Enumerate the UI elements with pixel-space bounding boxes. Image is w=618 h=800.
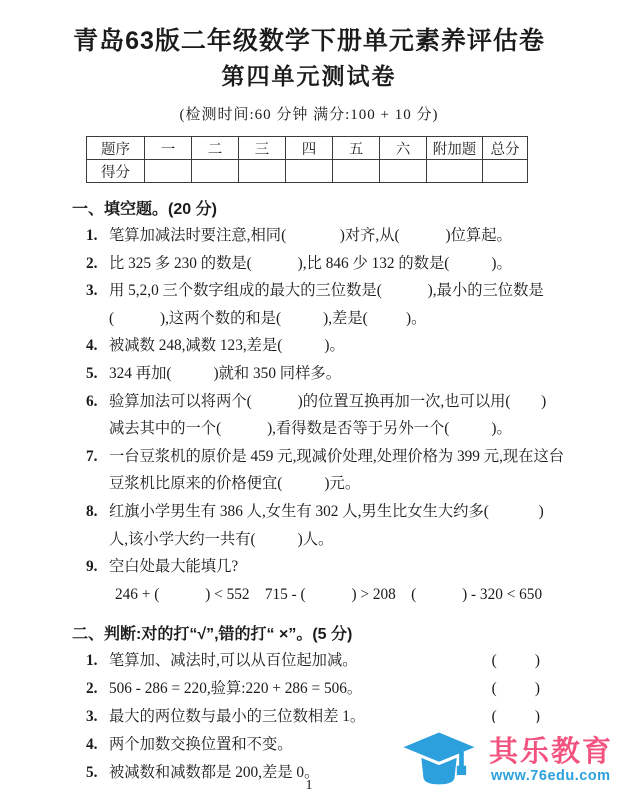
question-text: 比 325 多 230 的数是( ),比 846 少 132 的数是( )。 bbox=[109, 250, 512, 278]
question-number: 2. bbox=[86, 675, 109, 703]
question-line-continuation: 豆浆机比原来的价格便宜( )元。 bbox=[86, 470, 548, 498]
score-empty-cell bbox=[427, 160, 483, 183]
question-number: 4. bbox=[86, 332, 109, 360]
question-number: 9. bbox=[86, 553, 109, 581]
answer-bracket: ( ) bbox=[492, 647, 540, 675]
score-table: 题序 一 二 三 四 五 六 附加题 总分 得分 bbox=[86, 136, 528, 183]
score-empty-cell bbox=[380, 160, 427, 183]
score-header-cell: 题序 bbox=[87, 137, 145, 160]
score-row-label: 得分 bbox=[87, 160, 145, 183]
score-header-cell: 二 bbox=[192, 137, 239, 160]
question-line-continuation: 减去其中的一个( ),看得数是否等于另外一个( )。 bbox=[86, 415, 548, 443]
score-header-cell: 四 bbox=[286, 137, 333, 160]
question-line: 3. 用 5,2,0 三个数字组成的最大的三位数是( ),最小的三位数是 bbox=[86, 277, 548, 305]
question-line: 4. 被减数 248,减数 123,差是( )。 bbox=[86, 332, 548, 360]
question-number: 3. bbox=[86, 277, 109, 305]
question-text: 空白处最大能填几? bbox=[109, 553, 238, 581]
paper-title: 青岛63版二年级数学下册单元素养评估卷 bbox=[0, 26, 618, 56]
section1-heading: 一、填空题。(20 分) bbox=[72, 198, 548, 222]
question-number: 2. bbox=[86, 250, 109, 278]
logo-text: 其乐教育 www.76edu.com bbox=[489, 737, 613, 785]
question-number: 4. bbox=[86, 731, 109, 759]
site-logo: 其乐教育 www.76edu.com bbox=[388, 723, 618, 800]
score-table-header-row: 题序 一 二 三 四 五 六 附加题 总分 bbox=[87, 137, 528, 160]
question-text: 用 5,2,0 三个数字组成的最大的三位数是( ),最小的三位数是 bbox=[109, 277, 544, 305]
paper-header: 青岛63版二年级数学下册单元素养评估卷 第四单元测试卷 (检测时间:60 分钟 … bbox=[0, 26, 618, 124]
exam-info: (检测时间:60 分钟 满分:100 + 10 分) bbox=[0, 106, 618, 124]
section2-heading: 二、判断:对的打“√”,错的打“ ×”。(5 分) bbox=[72, 623, 548, 647]
question-text: ( ),这两个数的和是( ),差是( )。 bbox=[109, 305, 426, 333]
question-line: 1. 笔算加减法时要注意,相同( )对齐,从( )位算起。 bbox=[86, 222, 548, 250]
graduation-cap-icon bbox=[396, 727, 482, 794]
score-empty-cell bbox=[145, 160, 192, 183]
question-line-continuation: ( ),这两个数的和是( ),差是( )。 bbox=[86, 305, 548, 333]
question-line: 9. 空白处最大能填几? bbox=[86, 553, 548, 581]
question-text: 324 再加( )就和 350 同样多。 bbox=[109, 360, 341, 388]
question-text: 红旗小学男生有 386 人,女生有 302 人,男生比女生大约多( ) bbox=[109, 498, 544, 526]
score-header-cell: 总分 bbox=[483, 137, 528, 160]
question-number: 8. bbox=[86, 498, 109, 526]
question-text: 506 - 286 = 220,验算:220 + 286 = 506。 bbox=[109, 675, 362, 703]
logo-url: www.76edu.com bbox=[491, 768, 611, 785]
score-empty-cell bbox=[286, 160, 333, 183]
judgment-row: 2. 506 - 286 = 220,验算:220 + 286 = 506。 (… bbox=[86, 675, 548, 703]
test-paper-page: 青岛63版二年级数学下册单元素养评估卷 第四单元测试卷 (检测时间:60 分钟 … bbox=[0, 0, 618, 800]
judgment-row: 1. 笔算加、减法时,可以从百位起加减。 ( ) bbox=[86, 647, 548, 675]
score-empty-cell bbox=[333, 160, 380, 183]
score-header-cell: 一 bbox=[145, 137, 192, 160]
answer-bracket: ( ) bbox=[492, 675, 540, 703]
logo-brand: 其乐教育 bbox=[489, 737, 613, 768]
paper-content: 题序 一 二 三 四 五 六 附加题 总分 得分 bbox=[0, 136, 618, 787]
question-text: 被减数 248,减数 123,差是( )。 bbox=[109, 332, 345, 360]
question-number: 1. bbox=[86, 222, 109, 250]
question-text: 减去其中的一个( ),看得数是否等于另外一个( )。 bbox=[109, 415, 512, 443]
question-number: 7. bbox=[86, 443, 109, 471]
question-text: 一台豆浆机的原价是 459 元,现减价处理,处理价格为 399 元,现在这台 bbox=[109, 443, 564, 471]
question-text: 笔算加、减法时,可以从百位起加减。 bbox=[109, 647, 358, 675]
score-table-score-row: 得分 bbox=[87, 160, 528, 183]
question-line: 8. 红旗小学男生有 386 人,女生有 302 人,男生比女生大约多( ) bbox=[86, 498, 548, 526]
question-line: 7. 一台豆浆机的原价是 459 元,现减价处理,处理价格为 399 元,现在这… bbox=[86, 443, 548, 471]
question-text: 豆浆机比原来的价格便宜( )元。 bbox=[109, 470, 360, 498]
score-empty-cell bbox=[192, 160, 239, 183]
question-text: 人,该小学大约一共有( )人。 bbox=[109, 526, 333, 554]
question-text: 验算加法可以将两个( )的位置互换再加一次,也可以用( ) bbox=[109, 388, 546, 416]
question-text: 笔算加减法时要注意,相同( )对齐,从( )位算起。 bbox=[109, 222, 512, 250]
score-empty-cell bbox=[239, 160, 286, 183]
question-number: 3. bbox=[86, 703, 109, 731]
question-line: 6. 验算加法可以将两个( )的位置互换再加一次,也可以用( ) bbox=[86, 388, 548, 416]
question-text: 两个加数交换位置和不变。 bbox=[109, 731, 293, 759]
question-number: 5. bbox=[86, 360, 109, 388]
score-empty-cell bbox=[483, 160, 528, 183]
score-header-cell: 六 bbox=[380, 137, 427, 160]
question-number: 1. bbox=[86, 647, 109, 675]
score-header-cell: 附加题 bbox=[427, 137, 483, 160]
question-text: 246 + ( ) < 552 715 - ( ) > 208 ( ) - 32… bbox=[115, 581, 542, 609]
score-header-cell: 三 bbox=[239, 137, 286, 160]
paper-subtitle: 第四单元测试卷 bbox=[0, 63, 618, 91]
question-formula-line: 246 + ( ) < 552 715 - ( ) > 208 ( ) - 32… bbox=[86, 581, 548, 609]
question-line: 5. 324 再加( )就和 350 同样多。 bbox=[86, 360, 548, 388]
question-line-continuation: 人,该小学大约一共有( )人。 bbox=[86, 526, 548, 554]
question-text: 最大的两位数与最小的三位数相差 1。 bbox=[109, 703, 365, 731]
question-line: 2. 比 325 多 230 的数是( ),比 846 少 132 的数是( )… bbox=[86, 250, 548, 278]
score-header-cell: 五 bbox=[333, 137, 380, 160]
question-number: 6. bbox=[86, 388, 109, 416]
